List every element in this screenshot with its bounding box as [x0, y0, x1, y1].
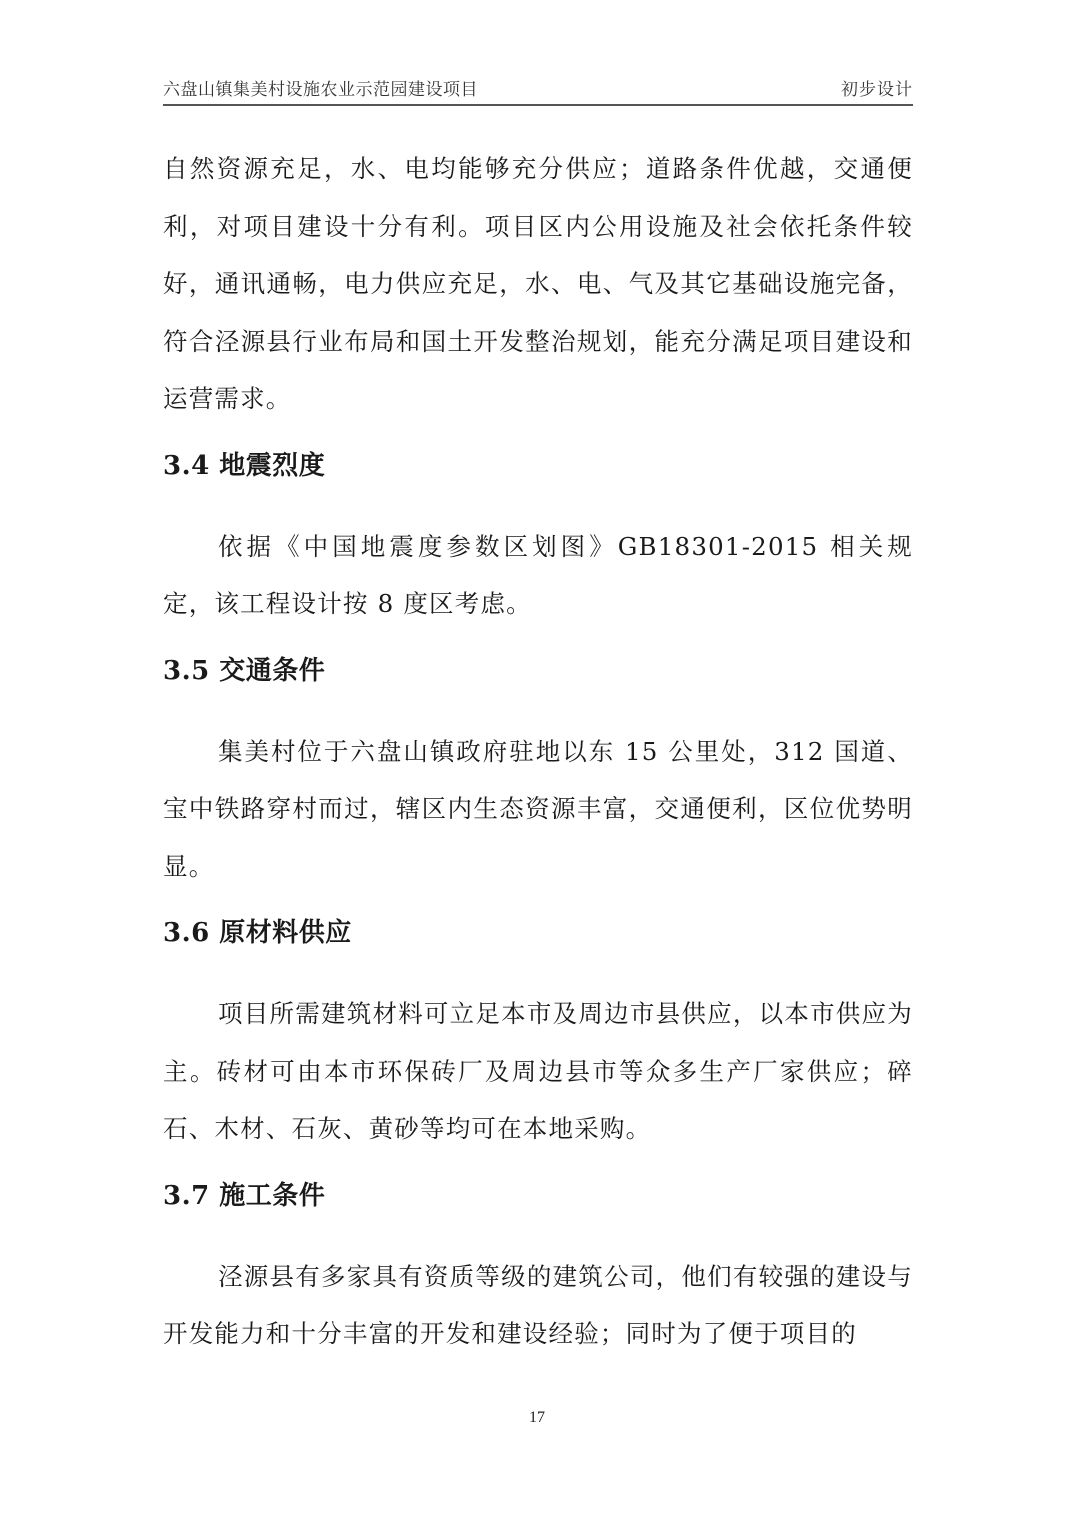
page-number: 17 — [0, 1409, 1074, 1427]
section-body-3-4: 依据《中国地震度参数区划图》GB18301-2015 相关规定，该工程设计按 8… — [163, 518, 913, 633]
section-body-3-7: 泾源县有多家具有资质等级的建筑公司，他们有较强的建设与开发能力和十分丰富的开发和… — [163, 1248, 913, 1363]
document-stage: 初步设计 — [841, 75, 913, 100]
page-header: 六盘山镇集美村设施农业示范园建设项目 初步设计 — [163, 76, 913, 106]
page-body: 自然资源充足，水、电均能够充分供应；道路条件优越，交通便利，对项目建设十分有利。… — [163, 140, 913, 1363]
section-heading-3-5: 3.5 交通条件 — [163, 657, 913, 685]
section-heading-3-7: 3.7 施工条件 — [163, 1182, 913, 1210]
document-title: 六盘山镇集美村设施农业示范园建设项目 — [163, 75, 478, 100]
section-heading-3-6: 3.6 原材料供应 — [163, 919, 913, 947]
section-heading-3-4: 3.4 地震烈度 — [163, 452, 913, 480]
section-body-3-6: 项目所需建筑材料可立足本市及周边市县供应，以本市供应为主。砖材可由本市环保砖厂及… — [163, 985, 913, 1158]
section-body-3-5: 集美村位于六盘山镇政府驻地以东 15 公里处，312 国道、宝中铁路穿村而过，辖… — [163, 723, 913, 896]
intro-paragraph: 自然资源充足，水、电均能够充分供应；道路条件优越，交通便利，对项目建设十分有利。… — [163, 140, 913, 428]
